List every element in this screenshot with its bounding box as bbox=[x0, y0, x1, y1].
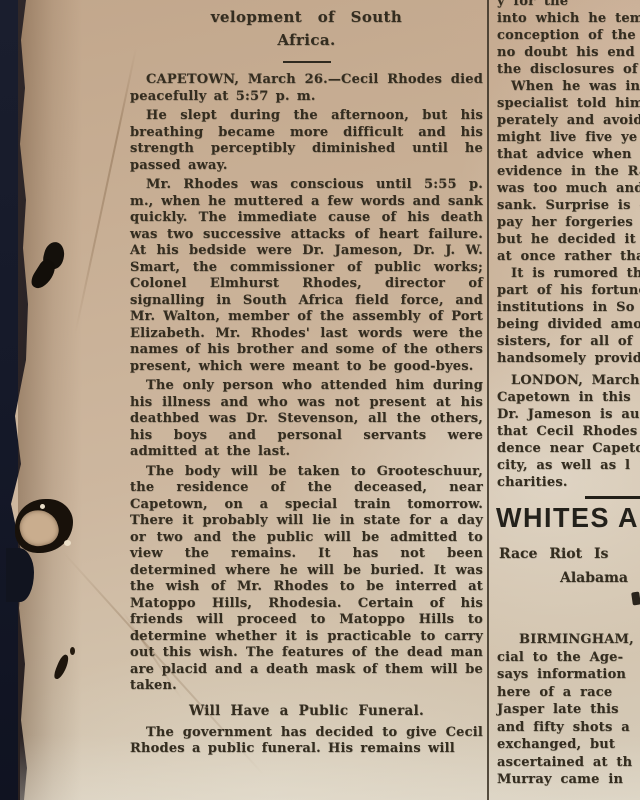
article-paragraph: The body will be taken to Grooteschuur, … bbox=[130, 464, 483, 695]
dateline-paragraph: CAPETOWN, March 26.—Cecil Rhodes died pe… bbox=[130, 72, 483, 105]
right-column-bottom: BIRMINGHAM,cial to the Age-says informat… bbox=[497, 631, 640, 789]
right-column: y for theinto which he temptconception o… bbox=[497, 0, 640, 491]
clipped-text-line: sisters, for all of bbox=[497, 333, 640, 350]
clipped-text-line: pay her forgeries bbox=[497, 214, 640, 231]
left-column: velopment of South Africa. CAPETOWN, Mar… bbox=[130, 6, 483, 761]
clipped-text-line: cial to the Age- bbox=[497, 649, 640, 667]
headline-divider-rule bbox=[283, 61, 331, 63]
clipped-text-line: sank. Surprise is e bbox=[497, 197, 640, 214]
clipped-text-line: part of his fortune bbox=[497, 282, 640, 299]
clipped-text-line: It is rumored th bbox=[497, 265, 640, 282]
clipped-text-line: into which he tempt bbox=[497, 10, 640, 27]
clipped-text-line: that Cecil Rhodes bbox=[497, 423, 640, 440]
clipped-text-line: institutions in So bbox=[497, 299, 640, 316]
subheadline: Will Have a Public Funeral. bbox=[130, 703, 483, 719]
clipped-text-line: Jasper late this bbox=[497, 701, 640, 719]
clipped-text-line: might live five ye bbox=[497, 129, 640, 146]
clipped-text-line: Capetown in this bbox=[497, 389, 640, 406]
clipped-text-line: handsomely provid bbox=[497, 350, 640, 367]
headline-line: Africa. bbox=[130, 29, 483, 52]
clipped-text-line: but he decided it bbox=[497, 231, 640, 248]
clipped-text-line: When he was in bbox=[497, 78, 640, 95]
headline-line: velopment of South bbox=[130, 6, 483, 29]
clipped-text-line: being divided amon bbox=[497, 316, 640, 333]
article-paragraph: Mr. Rhodes was conscious until 5:55 p. m… bbox=[130, 177, 483, 375]
second-article-headline: WHITES AND bbox=[496, 502, 640, 534]
article-body: He slept during the afternoon, but his b… bbox=[130, 108, 483, 695]
clipped-text-line: y for the bbox=[497, 0, 640, 10]
clipped-text-line: Dr. Jameson is au bbox=[497, 406, 640, 423]
clipped-text-line: city, as well as l bbox=[497, 457, 640, 474]
article-paragraph: The only person who attended him during … bbox=[130, 378, 483, 461]
second-article-subhead: Race Riot Is bbox=[499, 546, 608, 562]
second-article-subhead: Alabama bbox=[560, 570, 628, 586]
clipped-text-line: perately and avoide bbox=[497, 112, 640, 129]
clipped-text-line: says information bbox=[497, 666, 640, 684]
clipped-text-line: evidence in the Ra bbox=[497, 163, 640, 180]
clipped-text-line: no doubt his end v bbox=[497, 44, 640, 61]
clipped-text-line: charities. bbox=[497, 474, 640, 491]
clipped-text-line: exchanged, but bbox=[497, 736, 640, 754]
clipped-text-line: here of a race bbox=[497, 684, 640, 702]
headline-continuation: velopment of South Africa. bbox=[130, 6, 483, 52]
article-paragraph: He slept during the afternoon, but his b… bbox=[130, 108, 483, 174]
clipped-text-line: LONDON, March bbox=[497, 372, 640, 389]
column-divider-rule bbox=[487, 0, 489, 800]
clipped-text-line: specialist told him bbox=[497, 95, 640, 112]
closing-paragraph: The government has decided to give Cecil… bbox=[130, 725, 483, 758]
clipped-text-line: conception of the B bbox=[497, 27, 640, 44]
clipped-text-line: at once rather than bbox=[497, 248, 640, 265]
clipped-text-line: that advice when h bbox=[497, 146, 640, 163]
clipped-text-line: dence near Capeto bbox=[497, 440, 640, 457]
clipped-text-line: BIRMINGHAM, bbox=[497, 631, 640, 649]
clipped-text-line: was too much and bbox=[497, 180, 640, 197]
clipped-text-line: ascertained at th bbox=[497, 754, 640, 772]
clipped-text-line: and fifty shots a bbox=[497, 719, 640, 737]
clipped-text-line: the disclosures of t bbox=[497, 61, 640, 78]
section-divider-rule bbox=[585, 496, 640, 499]
newspaper-photo: velopment of South Africa. CAPETOWN, Mar… bbox=[0, 0, 640, 800]
clipped-text-line: Murray came in bbox=[497, 771, 640, 789]
